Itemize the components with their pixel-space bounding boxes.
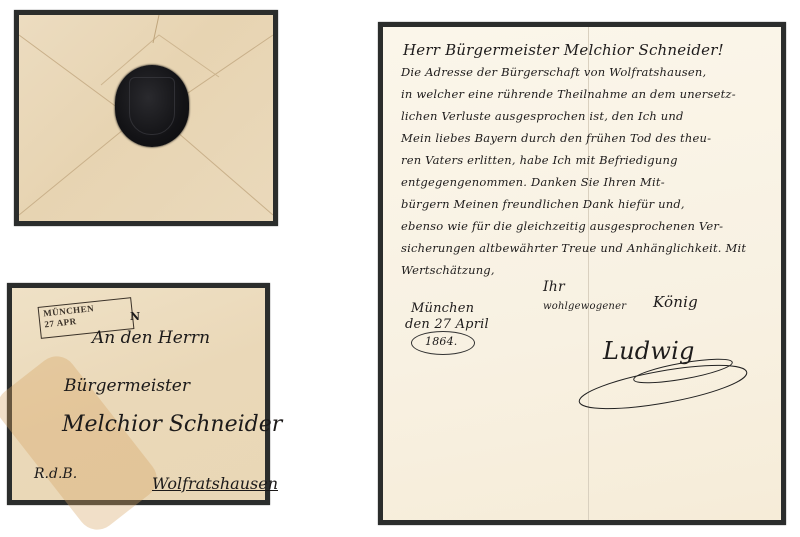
letter-place: München	[411, 301, 474, 316]
letter-line: ebenso wie für die gleichzeitig ausgespr…	[401, 219, 723, 233]
letter-line: Mein liebes Bayern durch den frühen Tod …	[401, 131, 711, 145]
address-line1: An den Herrn	[92, 328, 210, 348]
address-note: R.d.B.	[34, 466, 77, 482]
closing-title: König	[653, 293, 698, 311]
letter-year: 1864.	[425, 335, 458, 348]
letter-line: in welcher eine rührende Theilnahme an d…	[401, 87, 736, 101]
coat-of-arms-icon	[129, 77, 175, 135]
address-line2: Bürgermeister	[64, 376, 190, 396]
letter-line: ren Vaters erlitten, habe Ich mit Befrie…	[401, 153, 678, 167]
envelope-back	[14, 10, 278, 226]
wax-seal-icon	[115, 65, 189, 147]
envelope-front: MÜNCHEN 27 APR N An den Herrn Bürgermeis…	[7, 283, 270, 505]
letter-page: Herr Bürgermeister Melchior Schneider! D…	[378, 22, 786, 525]
letter-line: Die Adresse der Bürgerschaft von Wolfrat…	[401, 65, 706, 79]
closing-affection: wohlgewogener	[543, 301, 626, 312]
signature-flourish	[573, 357, 753, 417]
letter-line: entgegengenommen. Danken Sie Ihren Mit-	[401, 175, 665, 189]
address-line3: Melchior Schneider	[62, 412, 282, 437]
letter-line: sicherungen altbewährter Treue und Anhän…	[401, 241, 746, 255]
letter-line: lichen Verluste ausgesprochen ist, den I…	[401, 109, 684, 123]
letter-line: bürgern Meinen freundlichen Dank hiefür …	[401, 197, 685, 211]
closing-ihr: Ihr	[543, 279, 565, 295]
letter-salutation: Herr Bürgermeister Melchior Schneider!	[403, 41, 724, 59]
letter-line: Wertschätzung,	[401, 263, 495, 277]
address-line4: Wolfratshausen	[152, 474, 278, 493]
letter-date: den 27 April	[405, 317, 489, 332]
stamp-suffix: N	[130, 310, 140, 323]
